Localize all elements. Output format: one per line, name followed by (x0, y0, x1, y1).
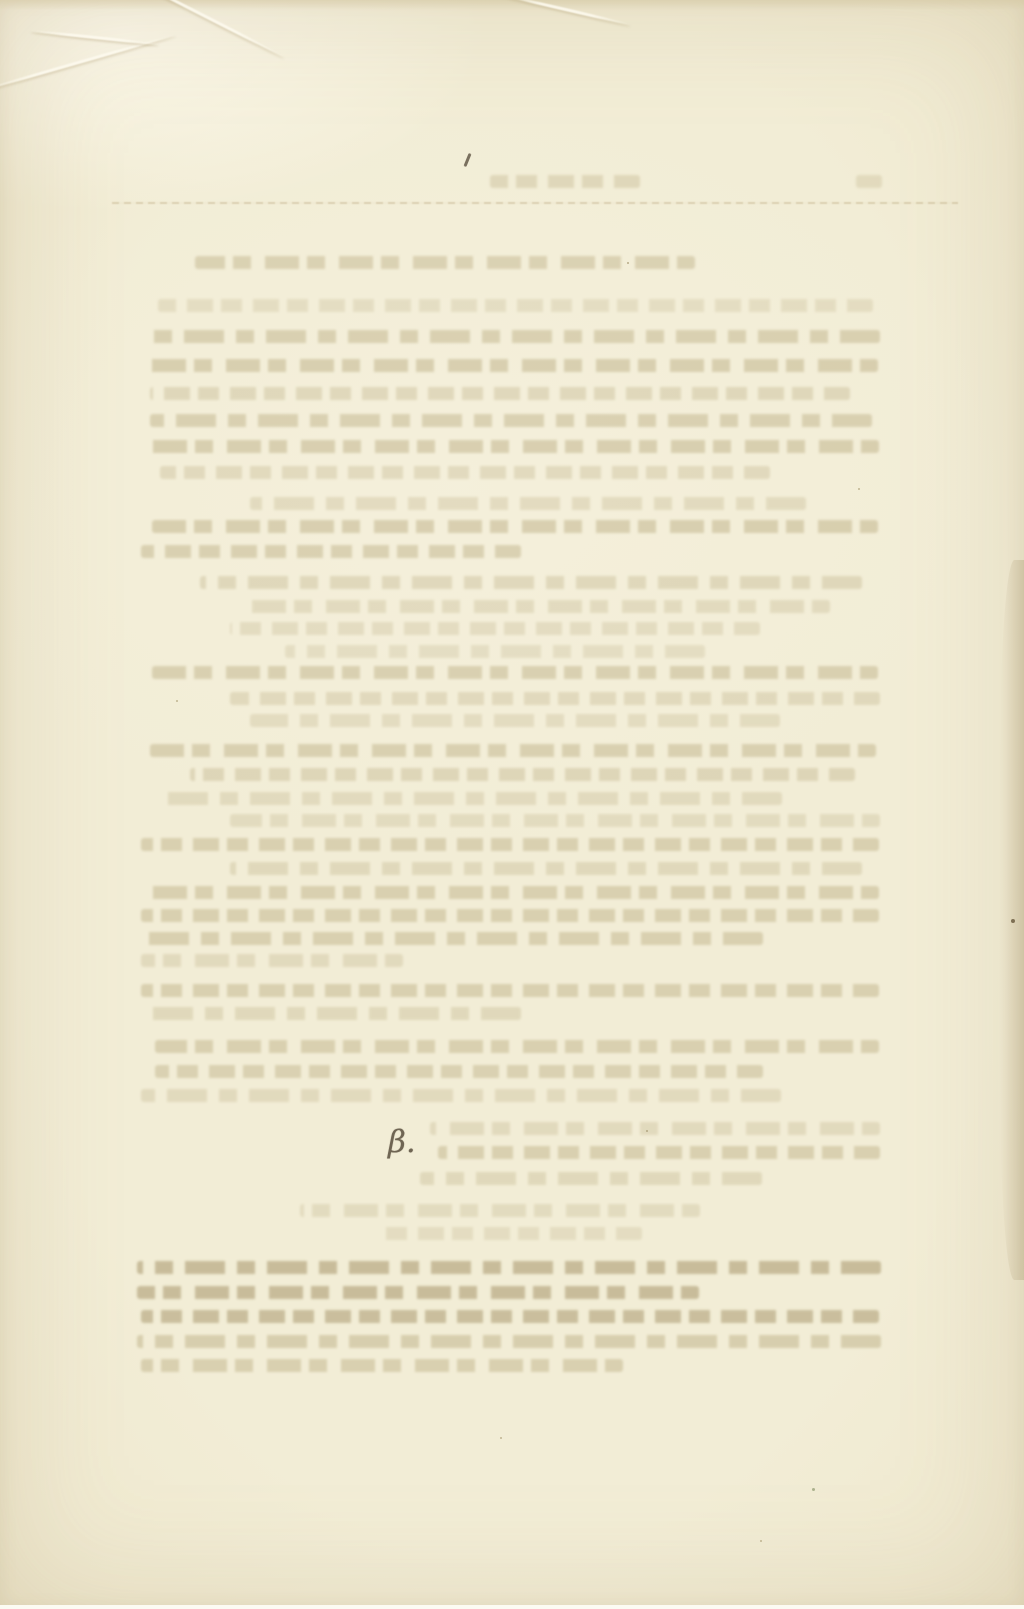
ink-speck (760, 1540, 762, 1542)
ink-speck (646, 1130, 648, 1132)
scan-edge (0, 1605, 1024, 1609)
ghost-text-line (195, 256, 695, 269)
ghost-text-line (141, 359, 878, 372)
ghost-text-line (158, 299, 873, 312)
stray-ink-mark (463, 153, 471, 167)
ghost-text-line (152, 520, 878, 533)
ink-speck (176, 700, 178, 702)
ghost-text-line (141, 545, 521, 558)
ghost-text-line (141, 838, 879, 851)
ghost-text-line (250, 497, 806, 510)
ghost-text-line (490, 175, 640, 188)
ghost-text-line (141, 984, 879, 997)
ghost-text-line (250, 600, 830, 613)
ghost-text-line (160, 466, 770, 479)
ghost-text-line (155, 1065, 763, 1078)
ghost-text-line (141, 1359, 623, 1372)
ghost-text-line (856, 175, 882, 188)
ghost-text-line (137, 1335, 881, 1348)
header-rule (112, 202, 958, 204)
ghost-text-line (150, 744, 876, 757)
ghost-text-line (150, 414, 872, 427)
ghost-text-line (430, 1122, 880, 1135)
ghost-text-line (230, 692, 880, 705)
ghost-text-line (141, 1007, 521, 1020)
ghost-text-line (380, 1227, 642, 1240)
ghost-text-line (141, 886, 879, 899)
beta-symbol: β. (388, 1127, 416, 1158)
ghost-text-line (230, 622, 760, 635)
ghost-text-line (141, 1310, 879, 1323)
ghost-text-line (137, 1286, 699, 1299)
ink-speck (858, 488, 860, 490)
ghost-text-line (438, 1146, 880, 1159)
ink-speck (812, 1488, 815, 1491)
ghost-text-line (141, 954, 403, 967)
ghost-text-line (250, 714, 780, 727)
ghost-text-line (300, 1204, 700, 1217)
ghost-text-line (190, 768, 855, 781)
ghost-text-line (200, 576, 862, 589)
scanned-page: β. (0, 0, 1024, 1609)
ink-speck (627, 262, 629, 264)
paper-crease (30, 29, 160, 46)
ghost-text-line (420, 1172, 762, 1185)
ghost-text-line (141, 909, 879, 922)
ghost-text-line (147, 330, 880, 343)
page-top-edge-shade (0, 0, 1024, 10)
ghost-text-line (155, 1040, 879, 1053)
ghost-text-line (152, 666, 878, 679)
ghost-text-line (285, 645, 705, 658)
ghost-text-line (230, 862, 862, 875)
ghost-text-line (137, 1261, 881, 1274)
ghost-text-line (141, 440, 879, 453)
page-right-edge-shadow (1000, 560, 1024, 1280)
ghost-text-line (141, 1089, 781, 1102)
ghost-text-line (230, 814, 880, 827)
ghost-text-line (150, 387, 850, 400)
ghost-text-line (160, 792, 782, 805)
ghost-text-line (141, 932, 763, 945)
ink-speck (500, 1437, 502, 1439)
